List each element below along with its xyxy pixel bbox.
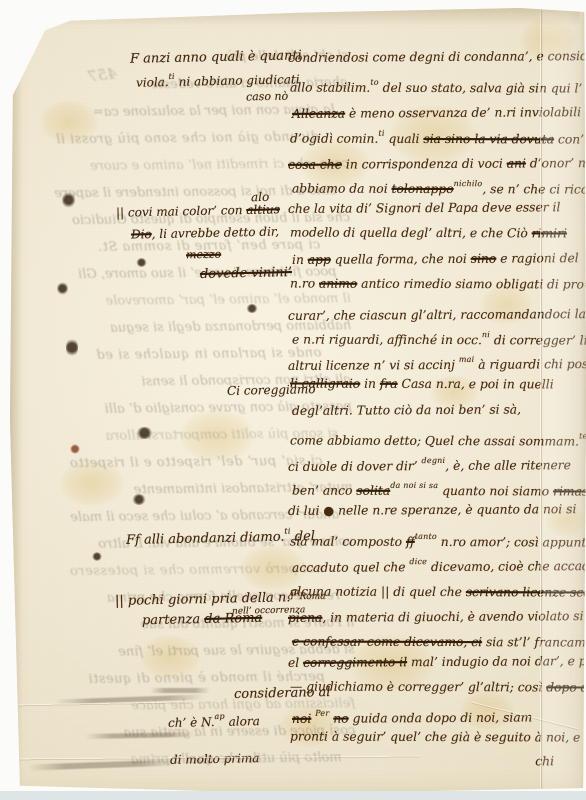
ink-text: nell’ occorrenza <box>232 605 306 617</box>
margin-note: Ff alli abondanzi diamo.ti del <box>126 526 315 548</box>
margin-note: mezzo <box>186 248 221 262</box>
ink-text: Ff alli abondanzi diamo. <box>126 530 285 548</box>
margin-note: Dio, li avrebbe detto dir, <box>131 224 279 241</box>
struck-text: dovede vinini’ <box>200 265 292 282</box>
ink-text: del <box>291 529 316 545</box>
margin-note: viola.ti ni abbiano giudicati <box>136 69 300 89</box>
interlinear-insertion: ap <box>214 712 224 721</box>
margin-note: d’ Roma <box>288 592 326 603</box>
margin-note: || covi mai color’ con altius <box>116 202 280 219</box>
ink-text: , li avrebbe detto dir, <box>152 224 280 241</box>
ink-text: considerano al <box>234 685 331 702</box>
ink-text: partenza <box>142 612 205 628</box>
paper-sheet: 457 si ch’ soli delle piùgheria quanto c… <box>0 0 586 800</box>
margin-note: Ci coreggiamo <box>227 382 316 398</box>
manuscript-scan: 457 si ch’ soli delle piùgheria quanto c… <box>0 0 586 800</box>
ink-text: ni abbiano giudicati <box>175 72 300 89</box>
ink-text: ch’ è N. <box>168 715 215 730</box>
margin-note: dovede vinini’ <box>200 265 292 282</box>
margin-note: considerano al <box>234 685 331 702</box>
margin-note: caso nò <box>246 90 288 104</box>
margin-notes-layer: F anzi anno quali è quantiviola.ti ni ab… <box>0 0 586 800</box>
margin-note: F anzi anno quali è quanti <box>130 48 302 67</box>
ink-text: caso nò <box>246 90 288 104</box>
ink-text: alora <box>225 714 260 729</box>
margin-note: nell’ occorrenza <box>232 605 306 617</box>
ink-text: viola. <box>136 75 169 90</box>
top-edge-shade <box>40 8 580 26</box>
margin-note: ch’ è N.ap alora <box>168 711 260 730</box>
ink-text: d’ Roma <box>288 592 326 603</box>
left-edge-curl <box>9 70 23 790</box>
fold-light-strip <box>543 6 586 798</box>
scanner-background-strip <box>0 791 586 800</box>
struck-text: mezzo <box>186 248 221 262</box>
ink-text: Ci coreggiamo <box>227 382 316 398</box>
struck-text: Dio <box>131 227 152 241</box>
ink-text: || covi mai color’ con <box>116 203 247 220</box>
struck-text: altius <box>246 202 280 217</box>
ink-text: F anzi anno quali è quanti <box>130 48 302 67</box>
